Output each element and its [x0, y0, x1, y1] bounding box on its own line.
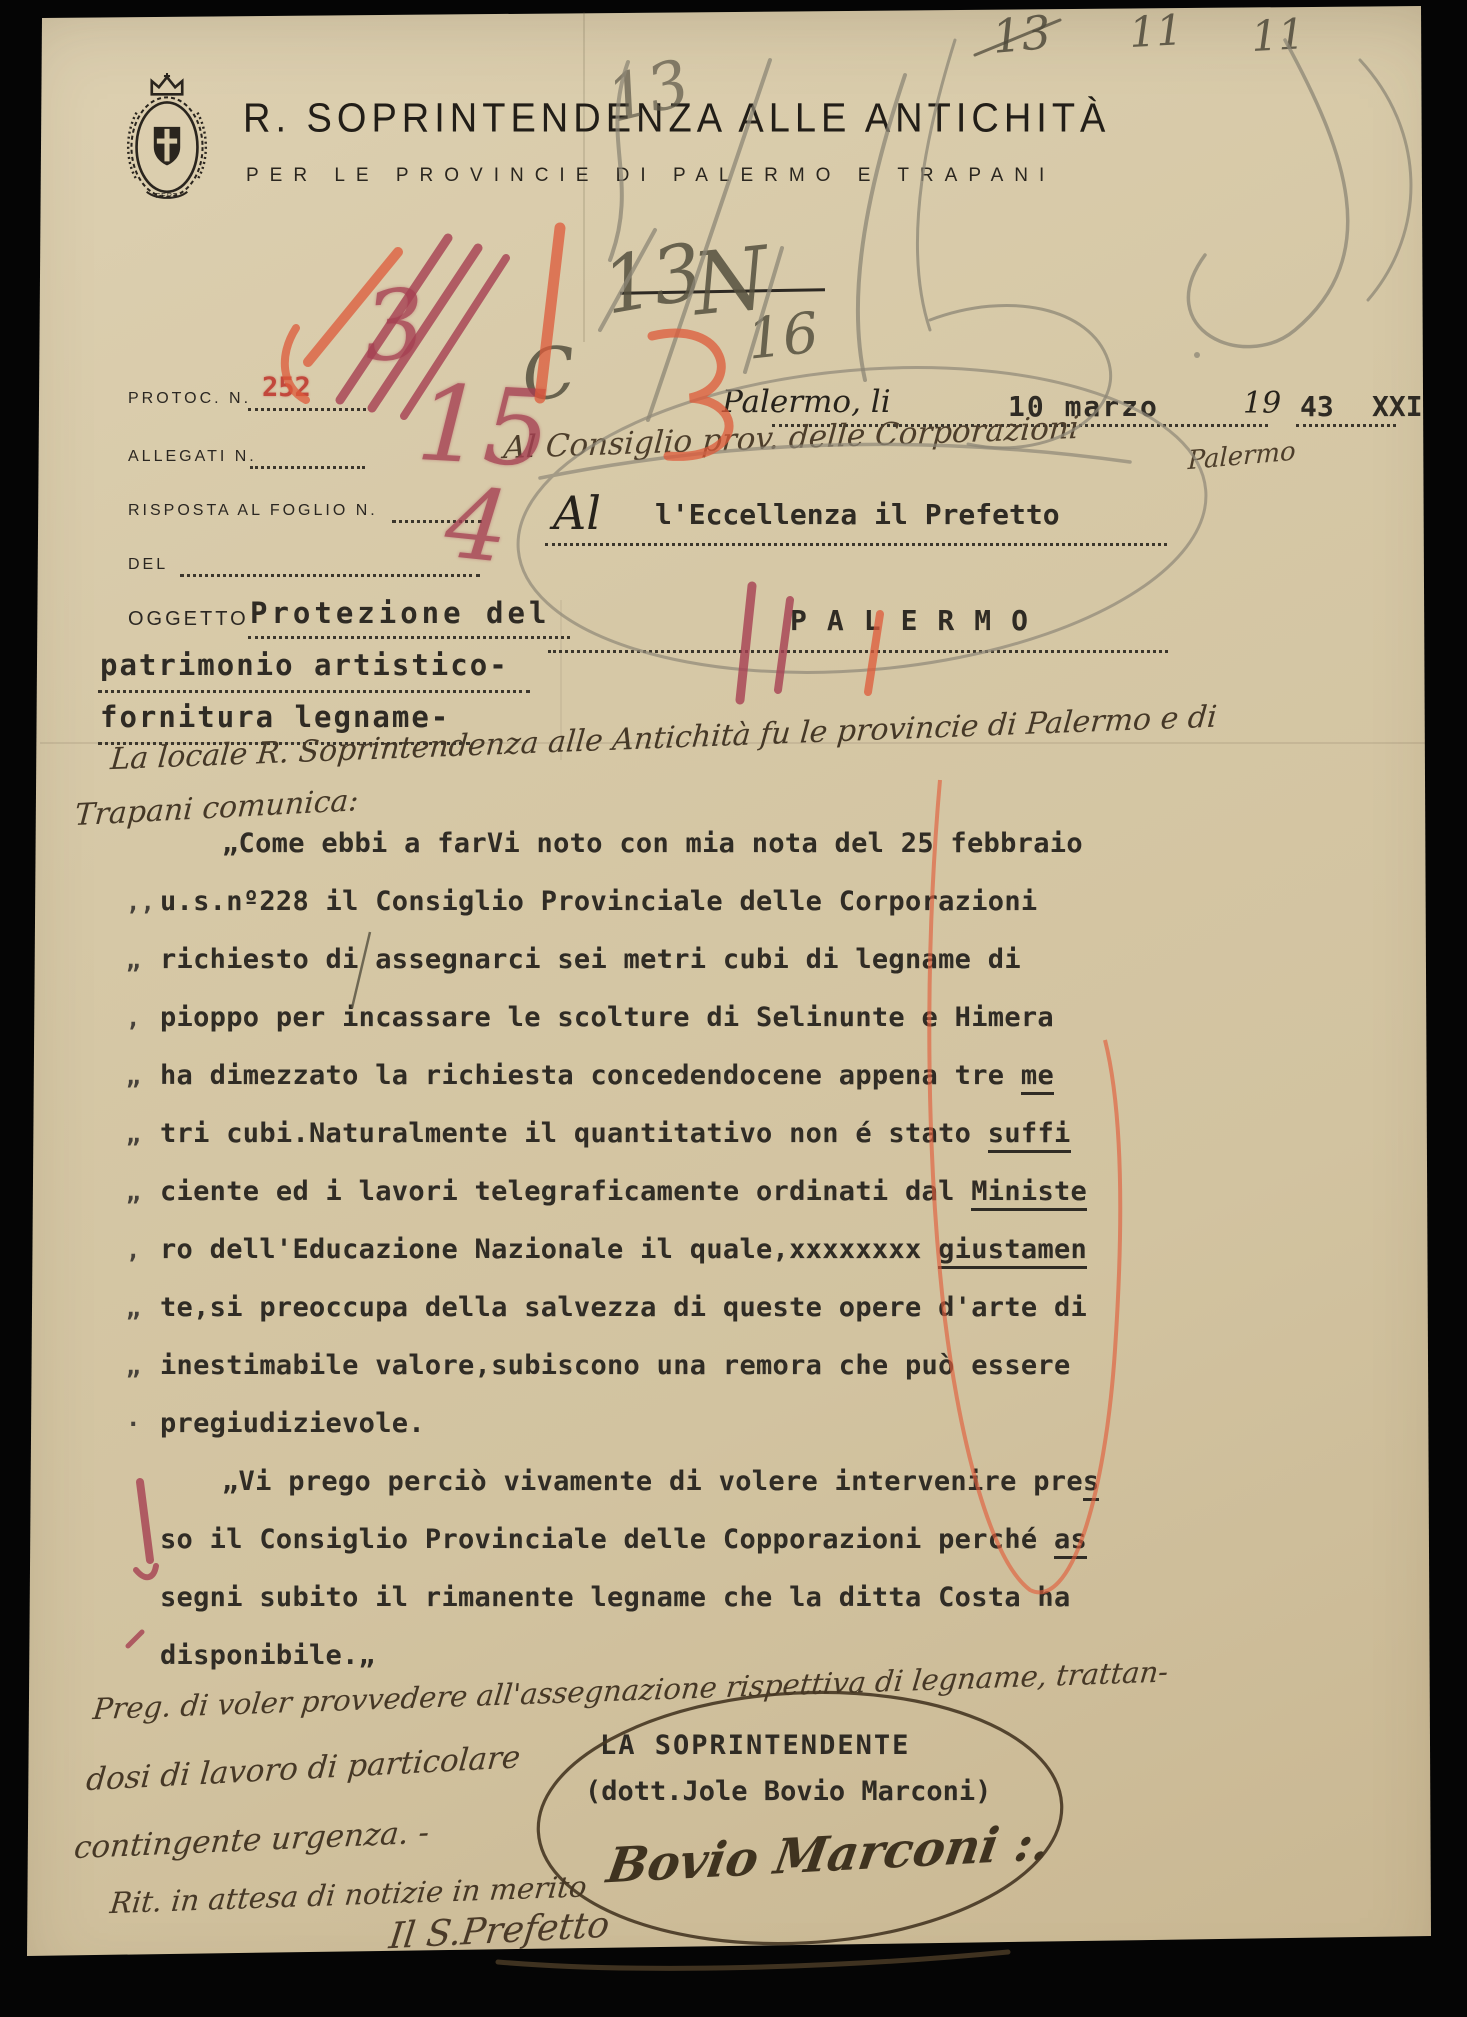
del-line — [180, 574, 480, 577]
oggetto-line2: patrimonio artistico- — [100, 648, 509, 682]
body-line: „te,si preoccupa della salvezza di quest… — [126, 1292, 1087, 1323]
savoy-crest-icon: FERT — [116, 72, 218, 206]
pencil-note-13: 13 — [990, 5, 1053, 64]
body-line: ‚pioppo per incassare le scolture di Sel… — [126, 1002, 1054, 1033]
crayon-note-4: 4 — [440, 466, 514, 586]
body-line: „inestimabile valore,subiscono una remor… — [126, 1350, 1071, 1381]
crayon-note-3: 3 — [360, 268, 429, 384]
addressee-city: PALERMO — [790, 604, 1048, 637]
allegati-line — [250, 466, 365, 469]
body-line: ‚ro dell'Educazione Nazionale il quale,x… — [126, 1234, 1087, 1265]
margin-mark: „ — [126, 1352, 160, 1380]
oggetto-underline1 — [248, 636, 570, 639]
margin-mark: „ — [126, 946, 160, 974]
body-line: „Vi prego perciò vivamente di volere int… — [126, 1466, 1099, 1497]
margin-mark: „ — [126, 1178, 160, 1206]
prefect-underline — [498, 1952, 1008, 1968]
body-line: „ha dimezzato la richiesta concedendocen… — [126, 1060, 1054, 1091]
body-line: „tri cubi.Naturalmente il quantitativo n… — [126, 1118, 1071, 1149]
pencil-note-16: 16 — [744, 301, 822, 373]
dateline-place: Palermo, li — [722, 384, 891, 420]
signature-role: LA SOPRINTENDENTE — [600, 1730, 910, 1761]
body-line: so il Consiglio Provinciale delle Coppor… — [126, 1524, 1087, 1555]
margin-mark: · — [126, 1410, 160, 1438]
margin-mark: ‚ — [126, 1004, 160, 1032]
body-line: „ciente ed i lavori telegraficamente ord… — [126, 1176, 1087, 1207]
addressee-al: Al — [553, 486, 601, 540]
body-line: „richiesto di assegnarci sei metri cubi … — [126, 944, 1021, 975]
body-line: ‚‚u.s.nº228 il Consiglio Provinciale del… — [126, 886, 1037, 917]
dateline-century: 19 — [1243, 386, 1281, 421]
addressee-line2 — [548, 650, 1168, 653]
oggetto-line3: fornitura legname- — [100, 700, 450, 734]
dateline-era: XXI — [1372, 390, 1423, 423]
oggetto-line1: Protezione del — [250, 596, 550, 630]
body-line: disponibile.„ — [126, 1640, 375, 1671]
svg-text:FERT: FERT — [156, 192, 178, 200]
addressee-line1 — [545, 543, 1167, 546]
dateline-year: 43 — [1300, 390, 1334, 423]
body-line: „Come ebbi a farVi noto con mia nota del… — [126, 828, 1083, 859]
body-line: ·pregiudizievole. — [126, 1408, 425, 1439]
oggetto-underline2 — [98, 690, 530, 693]
allegati-label: ALLEGATI N. — [128, 448, 257, 466]
risposta-label: RISPOSTA AL FOGLIO N. — [128, 502, 378, 520]
del-label: DEL — [128, 556, 168, 574]
margin-mark: ‚ — [126, 1236, 160, 1264]
protoc-label: PROTOC. N. — [128, 390, 251, 408]
margin-mark: ‚‚ — [126, 888, 160, 916]
body-line: segni subito il rimanente legname che la… — [126, 1582, 1071, 1613]
margin-mark: „ — [126, 1120, 160, 1148]
signature-name: (dott.Jole Bovio Marconi) — [585, 1776, 991, 1807]
dateline-dots2 — [1296, 424, 1396, 427]
margin-mark: „ — [126, 1294, 160, 1322]
addressee-recipient: l'Eccellenza il Prefetto — [655, 498, 1060, 531]
letterhead-subtitle: PER LE PROVINCIE DI PALERMO E TRAPANI — [246, 165, 1055, 187]
pencil-note-11a: 11 — [1128, 5, 1184, 57]
protoc-number: 252 — [262, 372, 311, 403]
scanned-letter: FERT R. SOPRINTENDENZA ALLE ANTICHITÀ PE… — [0, 0, 1467, 2017]
protoc-line — [248, 408, 366, 411]
oggetto-label: OGGETTO — [128, 608, 249, 631]
margin-mark: „ — [126, 1062, 160, 1090]
pencil-note-11b: 11 — [1250, 9, 1306, 61]
